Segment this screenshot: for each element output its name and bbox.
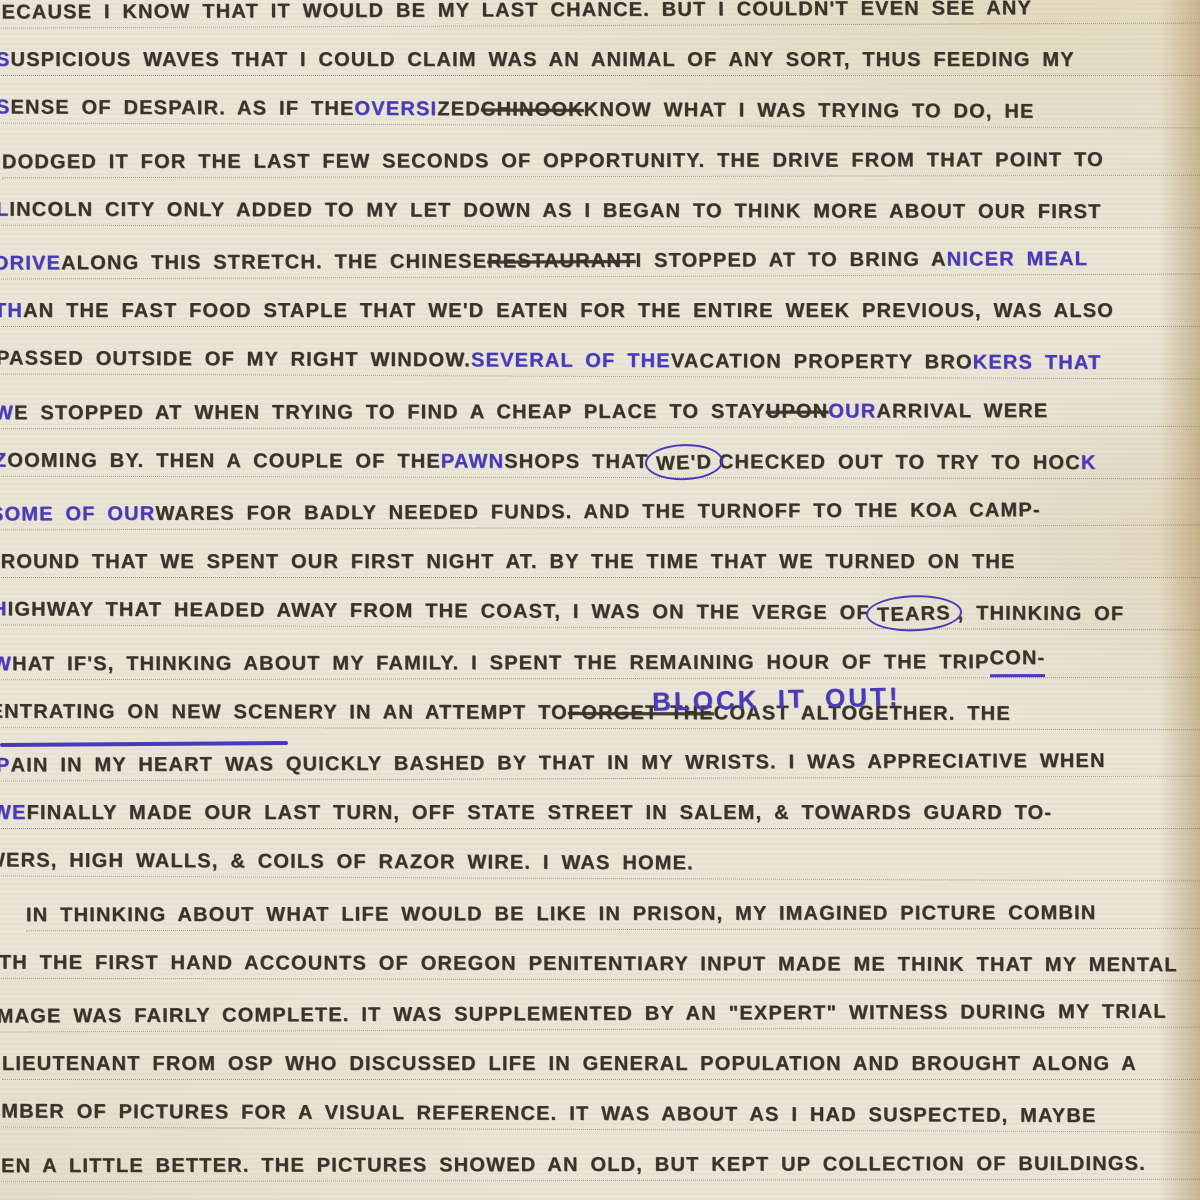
text-segment: EVEN A LITTLE BETTER. THE PICTURES SHOWE… — [0, 1148, 1146, 1180]
handwritten-line: WHAT IF'S, THINKING ABOUT MY FAMILY. I S… — [0, 642, 1200, 680]
handwritten-line: WERS, HIGH WALLS, & COILS OF RAZOR WIRE.… — [0, 842, 1200, 882]
text-segment: MAGE WAS FAIRLY COMPLETE. IT WAS SUPPLEM… — [0, 997, 1167, 1032]
blue-ink-correction: SEVERAL OF THE — [471, 346, 671, 377]
text-segment: CHINOOK — [481, 95, 584, 125]
blue-ink-correction: S — [0, 93, 11, 123]
blue-ink-correction: WE — [0, 798, 27, 828]
handwritten-line: WE FINALLY MADE OUR LAST TURN, OFF STATE… — [0, 794, 1200, 829]
text-segment: CHECKED OUT TO TRY TO HOC — [719, 447, 1081, 478]
blue-ink-correction: K — [1081, 448, 1097, 478]
handwritten-line: IMAGE WAS FAIRLY COMPLETE. IT WAS SUPPLE… — [0, 992, 1200, 1032]
blue-ink-correction: S — [0, 45, 11, 75]
text-segment: E STOPPED AT WHEN TRYING TO FIND A CHEAP… — [14, 396, 766, 428]
text-segment: CENTRATING ON NEW SCENERY IN AN ATTEMPT … — [0, 696, 568, 727]
circled-word-annotation: WE'D — [644, 443, 723, 482]
text-segment: WARES FOR BADLY NEEDED FUNDS. AND THE TU… — [155, 495, 1040, 529]
text-segment: BECAUSE I KNOW THAT IT WOULD BE MY LAST … — [0, 0, 1032, 28]
handwritten-line: LIEUTENANT FROM OSP WHO DISCUSSED LIFE I… — [2, 1045, 1200, 1080]
text-segment: AIN IN MY HEART WAS QUICKLY BASHED BY TH… — [10, 746, 1105, 781]
text-segment: LIEUTENANT FROM OSP WHO DISCUSSED LIFE I… — [2, 1049, 1137, 1079]
text-segment: VACATION PROPERTY BRO — [671, 347, 973, 378]
text-segment: WITH THE FIRST HAND ACCOUNTS OF OREGON P… — [0, 947, 1178, 980]
text-segment: KNOW WHAT I WAS TRYING TO DO, HE — [584, 95, 1035, 127]
text-segment: PASSED OUTSIDE OF MY RIGHT WINDOW. — [0, 344, 471, 376]
blue-ink-correction: NICER MEAL — [947, 244, 1089, 275]
text-segment: I STOPPED AT TO BRING A — [635, 245, 946, 276]
handwritten-line: CENTRATING ON NEW SCENERY IN AN ATTEMPT … — [0, 692, 1200, 730]
blue-ink-correction: DRIVE — [0, 248, 61, 278]
blue-ink-correction: W — [0, 649, 12, 679]
text-segment: DODGED IT FOR THE LAST FEW SECONDS OF OP… — [2, 145, 1104, 177]
handwritten-line: WITH THE FIRST HAND ACCOUNTS OF OREGON P… — [0, 943, 1200, 981]
blue-ink-correction: KERS THAT — [973, 348, 1102, 379]
text-segment: OOMING BY. THEN A COUPLE OF THE — [7, 446, 441, 477]
blue-ink-correction: W — [0, 398, 14, 428]
text-segment: GROUND THAT WE SPENT OUR FIRST NIGHT AT.… — [0, 547, 1016, 577]
handwritten-line: LINCOLN CITY ONLY ADDED TO MY LET DOWN A… — [0, 190, 1200, 228]
text-segment: CON- — [990, 643, 1046, 677]
text-segment: IGHWAY THAT HEADED AWAY FROM THE COAST, … — [8, 595, 870, 629]
text-segment: AN THE FAST FOOD STAPLE THAT WE'D EATEN … — [23, 296, 1114, 326]
text-segment: , THINKING OF — [958, 599, 1125, 630]
text-segment: RESTAURANT — [487, 246, 635, 277]
blue-ink-correction: TH — [0, 296, 23, 326]
handwritten-line: DODGED IT FOR THE LAST FEW SECONDS OF OP… — [2, 140, 1200, 178]
circled-word-annotation: TEARS — [865, 594, 962, 633]
handwritten-line: GROUND THAT WE SPENT OUR FIRST NIGHT AT.… — [0, 543, 1200, 578]
text-segment: HAT IF'S, THINKING ABOUT MY FAMILY. I SP… — [12, 647, 990, 679]
text-segment: WERS, HIGH WALLS, & COILS OF RAZOR WIRE.… — [0, 846, 694, 879]
blue-ink-correction: L — [0, 194, 9, 224]
handwritten-line: SOME OF OUR WARES FOR BADLY NEEDED FUNDS… — [0, 490, 1200, 530]
handwritten-line: PASSED OUTSIDE OF MY RIGHT WINDOW. SEVER… — [0, 340, 1200, 380]
text-segment: SHOPS THAT — [504, 447, 648, 477]
handwritten-line: EVEN A LITTLE BETTER. THE PICTURES SHOWE… — [0, 1144, 1200, 1182]
text-segment: NUMBER OF PICTURES FOR A VISUAL REFERENC… — [0, 1097, 1097, 1132]
handwritten-line: PAIN IN MY HEART WAS QUICKLY BASHED BY T… — [0, 741, 1200, 781]
text-segment: IN THINKING ABOUT WHAT LIFE WOULD BE LIK… — [26, 898, 1097, 930]
handwritten-line: HIGHWAY THAT HEADED AWAY FROM THE COAST,… — [0, 591, 1200, 631]
blue-ink-correction: SOME OF OUR — [0, 499, 156, 530]
text-segment: INCOLN CITY ONLY ADDED TO MY LET DOWN AS… — [9, 195, 1101, 227]
handwritten-line: SENSE OF DESPAIR. AS IF THE OVERSIZED CH… — [0, 89, 1200, 129]
blue-ink-correction: H — [0, 595, 8, 625]
handwritten-line: NUMBER OF PICTURES FOR A VISUAL REFERENC… — [0, 1093, 1200, 1133]
handwritten-line: SUSPICIOUS WAVES THAT I COULD CLAIM WAS … — [0, 41, 1200, 76]
blue-ink-correction: OUR — [828, 396, 876, 426]
blue-ink-correction: P — [0, 751, 11, 781]
handwritten-line: THAN THE FAST FOOD STAPLE THAT WE'D EATE… — [0, 292, 1200, 327]
text-segment: ARRIVAL WERE — [876, 396, 1048, 426]
handwritten-line: ZOOMING BY. THEN A COUPLE OF THE PAWN SH… — [0, 441, 1200, 479]
handwritten-line: IN THINKING ABOUT WHAT LIFE WOULD BE LIK… — [26, 893, 1200, 931]
handwritten-line: DRIVE ALONG THIS STRETCH. THE CHINESE RE… — [0, 239, 1200, 279]
scanned-handwritten-page: BECAUSE I KNOW THAT IT WOULD BE MY LAST … — [0, 0, 1200, 1200]
blue-ink-correction: OVERSI — [354, 94, 437, 124]
text-segment: ZED — [437, 95, 481, 125]
blue-ink-correction: PAWN — [441, 446, 504, 476]
text-segment: ALONG THIS STRETCH. THE CHINESE — [61, 247, 487, 279]
text-segment: UPON — [766, 396, 829, 426]
handwritten-line: WE STOPPED AT WHEN TRYING TO FIND A CHEA… — [0, 391, 1200, 429]
inserted-note-annotation: BLOCK IT OUT! — [652, 681, 901, 717]
text-segment: USPICIOUS WAVES THAT I COULD CLAIM WAS A… — [11, 45, 1075, 75]
text-segment: ENSE OF DESPAIR. AS IF THE — [10, 93, 354, 124]
handwritten-line: BECAUSE I KNOW THAT IT WOULD BE MY LAST … — [0, 0, 1200, 29]
text-segment: FINALLY MADE OUR LAST TURN, OFF STATE ST… — [27, 798, 1053, 828]
